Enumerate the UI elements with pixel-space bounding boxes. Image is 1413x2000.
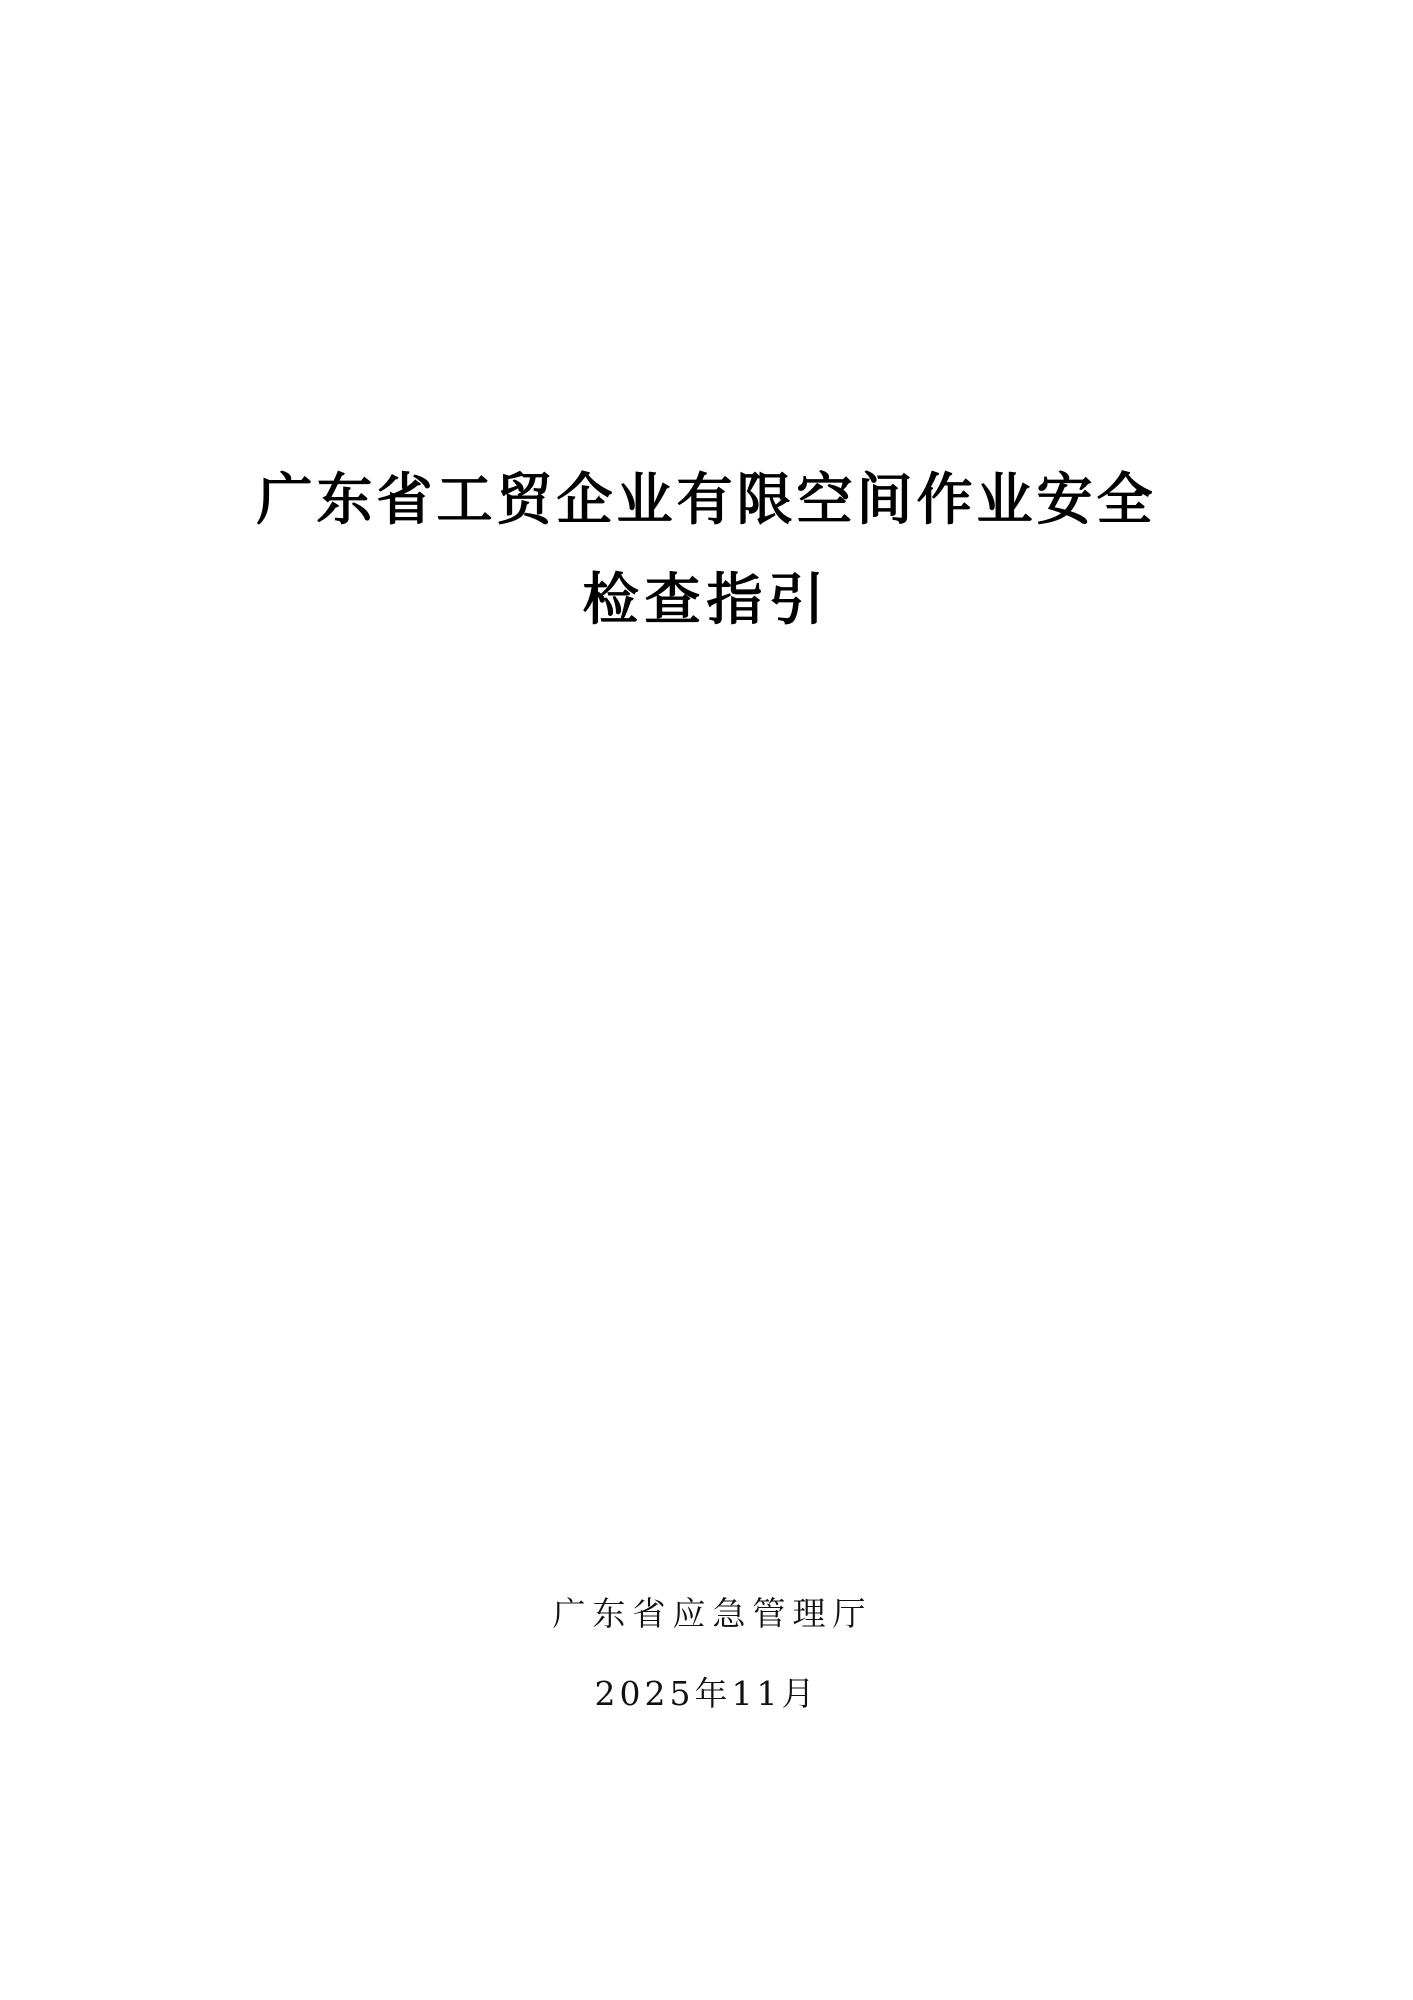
issuing-authority: 广东省应急管理厅 xyxy=(0,1597,1413,1630)
issue-date: 2025年11月 xyxy=(0,1677,1413,1710)
document-title-line-1: 广东省工贸企业有限空间作业安全 xyxy=(0,472,1413,528)
document-cover-page: 广东省工贸企业有限空间作业安全 检查指引 广东省应急管理厅 2025年11月 xyxy=(0,0,1413,2000)
document-title-line-2: 检查指引 xyxy=(0,572,1413,628)
